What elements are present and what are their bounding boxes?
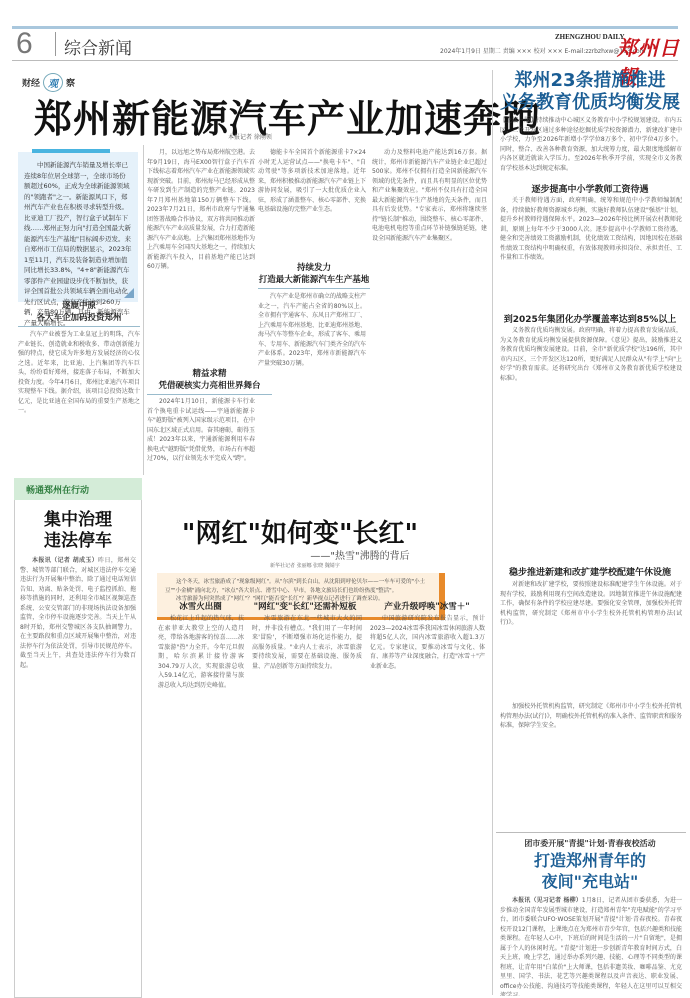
subhead-1-line2: 各大车企加码投资郑州 [18,312,140,327]
dateline: 2024年1月9日 星期二 责编 ××× 校对 ××× E-mail:zzrbz… [440,46,646,55]
education-subhead-2: 到2025年集团化办学覆盖率达到85%以上 [500,312,680,325]
education-sub3-text: 对新建和改扩建学校，要按照建设标准配建学生午休设施。对于现有学校，鼓励利用现有空… [500,580,682,700]
wanghong-col3-text: 中国旅游研究院发布报告显示，预计2023—2024冰雪季我国冰雪休闲旅游人数将超… [370,614,485,994]
youth-text: 1月8日，记者从团市委获悉，为进一步推动全国青年发展型城市建设，打造郑州青年"充… [500,897,682,996]
subhead-3: 持续发力 打造最大新能源汽车生产基地 [258,262,370,289]
education-sub3-text2: 加强校外托管机构监管，研究制定《郑州市中小学生校外托管机构管理办法(试行)》，明… [500,702,682,822]
lead-col4-text: 动力及整料电池产能达到16万套。据统计，郑州市新能源汽车产业链企业已超过500家… [372,148,487,478]
youth-pre-title: 团市委开展"青提"计划·青春夜校活动 [500,838,680,849]
lead-byline: 本报记者 徐刚领 [228,132,272,141]
page-number: 6 [16,29,33,59]
subhead-3-line2: 打造最大新能源汽车生产基地 [258,274,370,289]
traffic-byline: 本报讯（记者 胡成玉） [32,557,98,564]
youth-headline-line1: 打造郑州青年的 [500,850,680,871]
corner-fold-icon [124,288,134,298]
education-headline[interactable]: 郑州23条措施推进 义务教育优质均衡发展 [500,70,680,114]
lead-col3-text: 德能卡车全国首个新能源重卡7×24小时无人运营试点——"换电卡车"、"自动驾驶"… [258,148,366,258]
education-headline-line1: 郑州23条措施推进 [500,70,680,92]
education-lead-text: 【上接一版】持续推动中心城区义务教育中小学校规划建设。市内五区、三个开发区通过多… [500,116,682,178]
education-sub2-text: 义务教育优质均衡发展。政府明确，将着力提高教育发展品质，为义务教育优质均衡发展提… [500,326,682,516]
wanghong-col2-title: "网红"变"长红"还需补短板 [250,600,360,612]
wanghong-intro-1: 这个冬天，冰雪旅游成了"现象级网红"。从"尔滨"到长白山，从沈阳到呼伦贝尔——一… [165,578,431,595]
education-headline-line2: 义务教育优质均衡发展 [500,92,680,114]
lead-headline[interactable]: 郑州新能源汽车产业加速奔跑 [34,88,541,143]
youth-headline[interactable]: 打造郑州青年的 夜间"充电站" [500,850,680,892]
wanghong-col3-title: 产业升级呼唤"冰雪＋" [368,600,486,612]
subhead-2-line2: 凭借硬核实力亮相世界舞台 [147,380,272,395]
lead-col3-sub-text: 汽车产业是郑州市确立的战略支柱产业之一，汽车产能占全省的80%以上。全市拥有宇通… [258,292,366,477]
education-subhead-1: 逐步提高中小学教师工资待遇 [500,182,680,195]
section-title: 综合新闻 [64,34,132,59]
column-divider [492,70,493,995]
traffic-column-label: 畅通郑州在行动 [14,478,142,500]
lead-col2-text: 月，以远旭之势布局郑州航空港。去年9月19日，海马EX00智行盒子汽车首下线标志… [147,148,255,358]
youth-byline: 本报讯（见习记者 杨柳） [512,897,582,904]
subhead-2-line1: 精益求精 [192,369,226,379]
traffic-headline-line1: 集中治理 [14,510,142,531]
traffic-body: 本报讯（记者 胡成玉）昨日，郑州交警、城管等部门联合，对城区违法停车交通违法行为… [20,556,136,996]
wanghong-headline[interactable]: "网红"如何变"长红" [155,513,445,550]
subhead-1: 逐鹿中原 各大车企加码投资郑州 [18,300,140,327]
wanghong-intro-box: 这个冬天，冰雪旅游成了"现象级网红"。从"尔滨"到长白山，从沈阳到呼伦贝尔——一… [157,573,439,620]
traffic-text: 昨日，郑州交警、城管等部门联合，对城区违法停车交通违法行为开展集中整治，除了通过… [20,557,136,669]
wanghong-col1-text: 松花江上升起的热气球，扶在索菲亚大教堂上空的人造月亮，带给各地游客的惊喜……冰雪… [158,614,244,994]
subhead-2: 精益求精 凭借硬核实力亮相世界舞台 [147,368,272,395]
wanghong-col2-text: 冰雪旅游在东北一些城市大火的同时，并非没有槽点。"我们用了一年时间来'冒险'，不… [252,614,362,994]
section-divider [496,832,686,833]
header-bottom-rule [12,60,678,61]
subhead-1-line1: 逐鹿中原 [62,301,96,311]
header-rule [12,26,678,29]
wanghong-subtitle: ——"热雪"沸腾的背后 [220,547,500,562]
header-divider [55,32,56,56]
subhead-3-line1: 持续发力 [297,263,331,273]
lead-col2-sub-text: 2024年1月10日，新能源卡车行业首个換电重卡试运线——宇通新能源卡车"越野版… [147,397,255,477]
traffic-headline-line2: 违法停车 [14,531,142,552]
lead-summary-box: 中国新能源汽车销量及增长率已连续8年位居全球第一，全球市场份额超过60%，正成为… [18,152,138,302]
lead-col1-text: 汽车产业被誉为工业皇冠上的明珠，汽车产业链长、创造就业和税收多、带动创新能力强的… [18,330,140,475]
column-divider [143,145,144,475]
wanghong-col1-title: 冰雪火出圈 [158,600,243,612]
traffic-headline[interactable]: 集中治理 违法停车 [14,510,142,552]
education-sub1-text: 关于教师待遇方面，政府明确，统筹和规范中小学教师编制配备，持续做好教师资源城乡均… [500,196,682,306]
brand-english: ZHENGZHOU DAILY [555,33,625,41]
youth-body: 本报讯（见习记者 杨柳）1月8日，记者从团市委获悉，为进一步推动全国青年发展型城… [500,896,682,996]
wanghong-byline: 新华社记者 张丽娜 张晓 魏婧宇 [270,562,340,569]
youth-headline-line2: 夜间"充电站" [500,871,680,892]
education-subhead-3: 稳步推进新建和改扩建学校配建午休设施 [500,565,680,578]
